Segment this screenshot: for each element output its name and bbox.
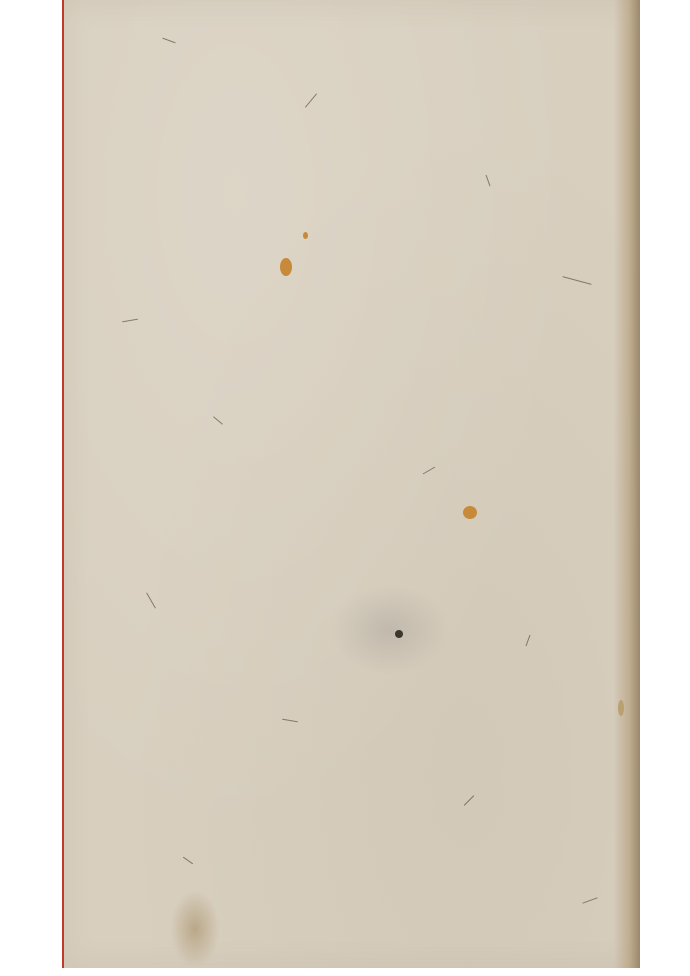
- paper-fiber: [423, 467, 436, 475]
- scanned-page: [62, 0, 640, 968]
- foxing-spot: [463, 506, 477, 519]
- paper-fiber: [162, 38, 175, 44]
- paper-fiber: [122, 319, 138, 323]
- printer-ornament-show-through: [330, 585, 450, 675]
- page-right-fold: [614, 0, 640, 968]
- foxing-spot: [303, 232, 308, 239]
- paper-fiber: [305, 93, 317, 107]
- paper-fiber: [525, 635, 530, 647]
- paper-fiber: [464, 795, 475, 806]
- page-left-edge: [62, 0, 64, 968]
- paper-fiber: [582, 897, 597, 903]
- paper-fiber: [183, 857, 193, 865]
- paper-fiber: [485, 175, 490, 187]
- paper-fiber: [213, 416, 223, 424]
- paper-fiber: [146, 592, 156, 608]
- ink-spot: [395, 630, 403, 638]
- paper-fiber: [562, 276, 591, 285]
- paper-fiber: [282, 719, 298, 723]
- paper-wear-damage: [170, 890, 220, 968]
- stain-mark: [618, 700, 624, 716]
- foxing-spot: [280, 258, 292, 276]
